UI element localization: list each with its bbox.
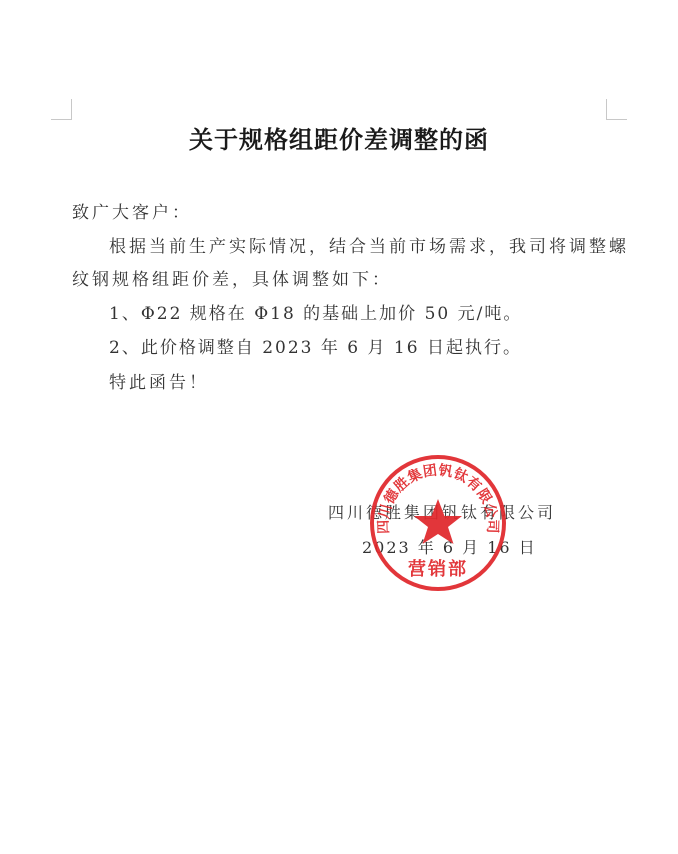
list-item-1: 1、Φ22 规格在 Φ18 的基础上加价 50 元/吨。 xyxy=(109,299,522,324)
list-item-2: 2、此价格调整自 2023 年 6 月 16 日起执行。 xyxy=(109,333,522,358)
page-corner-mark-top-left xyxy=(51,99,72,120)
page-corner-mark-top-right xyxy=(606,99,627,120)
paragraph-line-2: 纹钢规格组距价差，具体调整如下： xyxy=(72,265,392,290)
paragraph-line-1: 根据当前生产实际情况，结合当前市场需求，我司将调整螺 xyxy=(109,232,629,257)
document-title: 关于规格组距价差调整的函 xyxy=(0,120,678,155)
seal-bottom-text: 营销部 xyxy=(408,558,468,580)
star-icon xyxy=(414,499,462,544)
salutation: 致广大客户： xyxy=(72,198,192,223)
seal-icon: 四川德胜集团钒钛有限公司 营销部 xyxy=(368,453,508,593)
closing-text: 特此函告！ xyxy=(109,368,209,393)
official-seal-stamp: 四川德胜集团钒钛有限公司 营销部 xyxy=(368,453,508,593)
